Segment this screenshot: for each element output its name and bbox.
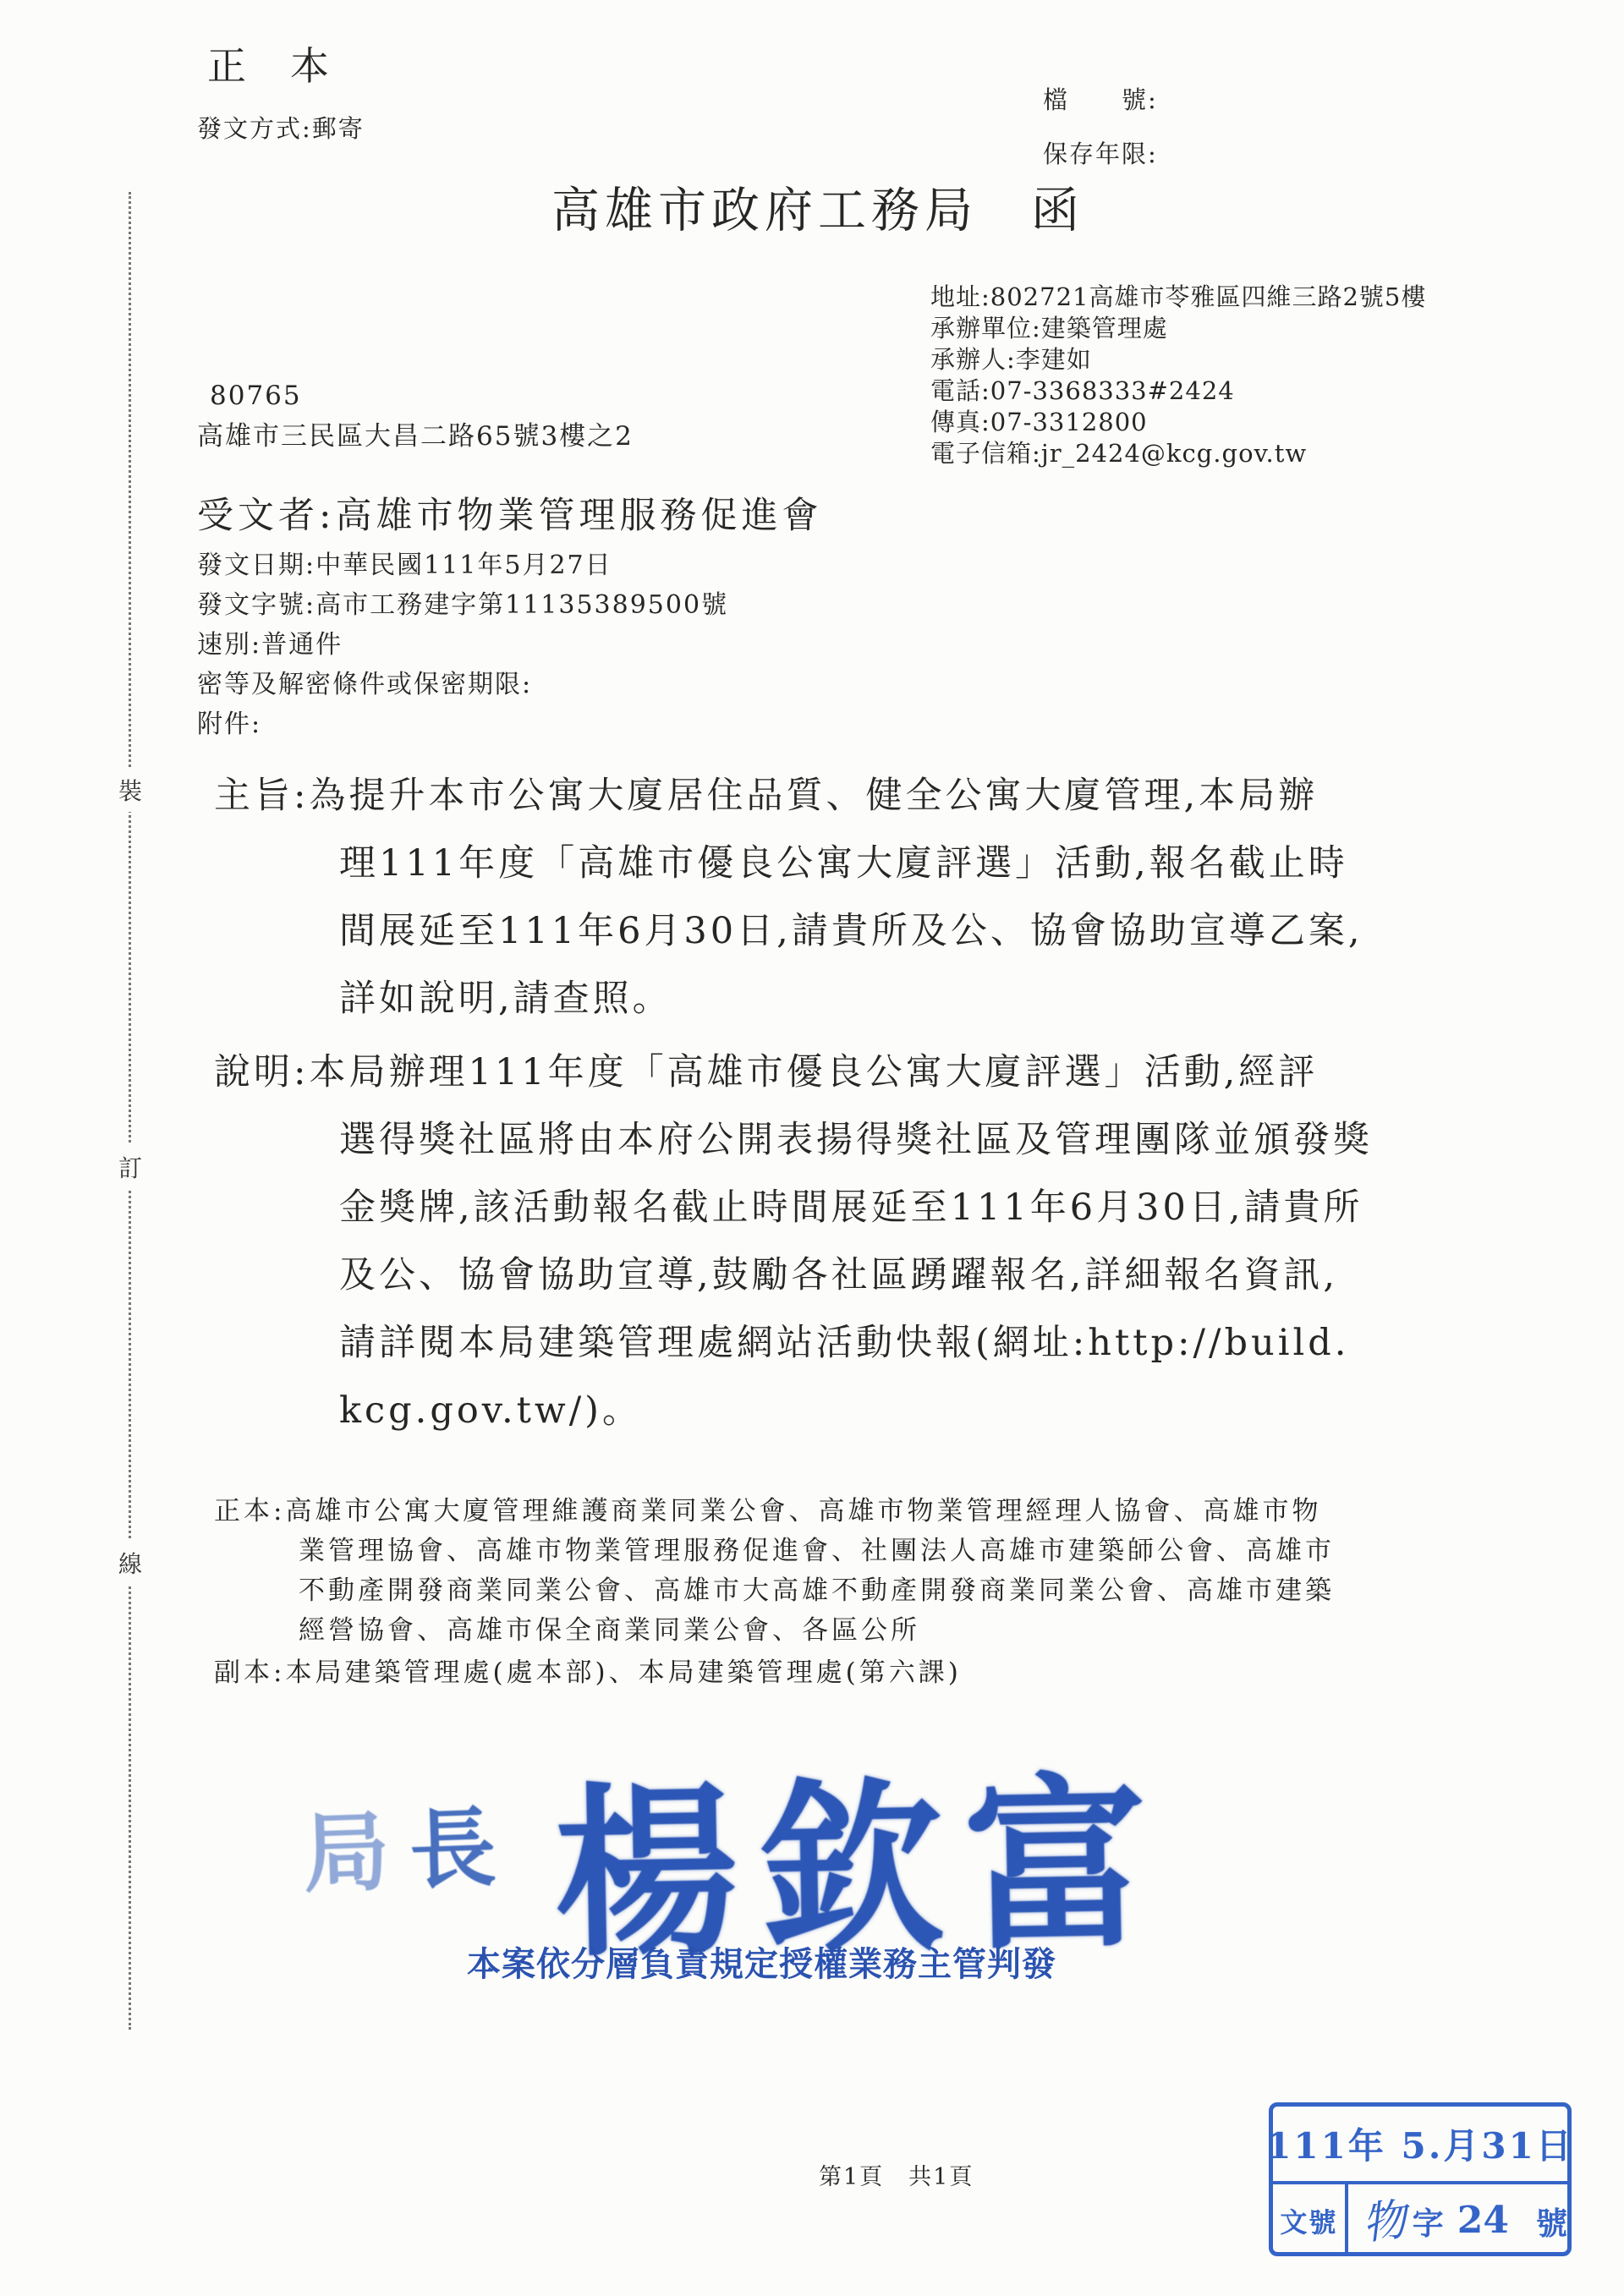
description-line: 及公、協會協助宣導,鼓勵各社區踴躍報名,詳細報名資訊, xyxy=(214,1241,1373,1309)
copy-recipients-line: 業管理協會、高雄市物業管理服務促進會、社團法人高雄市建築師公會、高雄市 xyxy=(214,1532,1335,1571)
binding-mark-ding: 訂 xyxy=(113,1145,147,1189)
description-line: 本局辦理111年度「高雄市優良公寓大廈評選」活動,經評 xyxy=(310,1051,1319,1093)
recipient-address: 高雄市三民區大昌二路65號3樓之2 xyxy=(197,414,634,452)
description-line: kcg.gov.tw/)。 xyxy=(214,1377,1373,1444)
delegation-note-stamp: 本案依分層負責規定授權業務主管判發 xyxy=(467,1937,1056,1986)
received-stamp: 111年 5.月31日 文號 物 字 24 號 xyxy=(1269,2102,1572,2256)
stamp-doc-number-label: 文號 xyxy=(1273,2184,1348,2256)
document-title: 高雄市政府工務局 函 xyxy=(551,172,1084,241)
scanned-official-letter: 裝 訂 線 正 本 發文方式:郵寄 檔 號: 保存年限: 高雄市政府工務局 函 … xyxy=(0,0,1624,2296)
copy-recipients-line: 高雄市公寓大廈管理維護商業同業公會、高雄市物業管理經理人協會、高雄市物 xyxy=(285,1496,1321,1526)
delivery-method: 發文方式:郵寄 xyxy=(197,110,365,145)
cc-line: 副本:本局建築管理處(處本部)、本局建築管理處(第六課) xyxy=(214,1651,962,1689)
page-footer: 第1頁 共1頁 xyxy=(819,2158,974,2191)
sender-email: 電子信箱:jr_2424@kcg.gov.tw xyxy=(930,438,1426,469)
sender-unit: 承辦單位:建築管理處 xyxy=(930,313,1426,344)
recipient-line: 受文者:高雄市物業管理服務促進會 xyxy=(197,487,823,539)
stamp-doc-suffix: 號 xyxy=(1536,2198,1567,2244)
stamp-doc-word: 字 xyxy=(1413,2198,1444,2244)
description-line: 金獎牌,該活動報名截止時間展延至111年6月30日,請貴所 xyxy=(214,1174,1373,1241)
copy-recipients-line: 經營協會、高雄市保全商業同業公會、各區公所 xyxy=(214,1611,1335,1651)
speed-class: 速別:普通件 xyxy=(197,625,728,665)
sender-fax: 傳真:07-3312800 xyxy=(930,407,1426,438)
copy-type-label: 正 本 xyxy=(207,36,332,91)
sender-address: 地址:802721高雄市苓雅區四維三路2號5樓 xyxy=(930,282,1426,313)
subject-label: 主旨: xyxy=(214,775,310,817)
issue-date: 發文日期:中華民國111年5月27日 xyxy=(197,545,728,585)
director-title-char: 長 xyxy=(408,1797,518,1902)
recipient-zip: 80765 xyxy=(210,381,302,411)
director-title-stamp: 局長 xyxy=(301,1779,518,1910)
copies-label: 正本: xyxy=(214,1496,285,1526)
description-label: 說明: xyxy=(214,1051,310,1093)
description-line: 請詳閱本局建築管理處網站活動快報(網址:http://build. xyxy=(214,1309,1373,1377)
meta-block: 發文日期:中華民國111年5月27日 發文字號:高市工務建字第111353895… xyxy=(197,545,728,744)
stamp-doc-value: 24 xyxy=(1457,2199,1509,2242)
stamp-handwritten-char: 物 xyxy=(1358,2184,1409,2252)
binding-mark-zhuang: 裝 xyxy=(113,768,147,812)
director-title-char: 局 xyxy=(301,1800,411,1905)
attachment-label: 附件: xyxy=(197,704,728,744)
subject-line: 為提升本市公寓大廈居住品質、健全公寓大廈管理,本局辦 xyxy=(310,775,1319,817)
sender-phone: 電話:07-3368333#2424 xyxy=(930,375,1426,407)
binding-dotted-line xyxy=(129,192,131,2030)
cc-label: 副本: xyxy=(214,1658,285,1688)
file-number-label: 檔 號: xyxy=(1043,81,1158,116)
sender-contact-person: 承辦人:李建如 xyxy=(930,344,1426,375)
subject-line: 間展延至111年6月30日,請貴所及公、協會協助宣導乙案, xyxy=(214,897,1363,965)
subject-line: 理111年度「高雄市優良公寓大廈評選」活動,報名截止時 xyxy=(214,830,1363,897)
sender-contact-block: 地址:802721高雄市苓雅區四維三路2號5樓 承辦單位:建築管理處 承辦人:李… xyxy=(930,282,1426,469)
retention-period-label: 保存年限: xyxy=(1043,135,1158,170)
stamp-doc-number: 物 字 24 號 xyxy=(1348,2184,1567,2256)
description-line: 選得獎社區將由本府公開表揚得獎社區及管理團隊並頒發獎 xyxy=(214,1106,1373,1174)
copy-recipients-line: 不動產開發商業同業公會、高雄市大高雄不動產開發商業同業公會、高雄市建築 xyxy=(214,1571,1335,1611)
issue-number: 發文字號:高市工務建字第11135389500號 xyxy=(197,585,728,625)
security-class: 密等及解密條件或保密期限: xyxy=(197,665,728,704)
stamp-date: 111年 5.月31日 xyxy=(1273,2107,1567,2184)
binding-mark-xian: 線 xyxy=(113,1541,147,1585)
subject-line: 詳如說明,請查照。 xyxy=(214,965,1363,1033)
copy-recipients-paragraph: 正本:高雄市公寓大廈管理維護商業同業公會、高雄市物業管理經理人協會、高雄市物 業… xyxy=(214,1492,1335,1651)
subject-paragraph: 主旨:為提升本市公寓大廈居住品質、健全公寓大廈管理,本局辦 理111年度「高雄市… xyxy=(214,762,1363,1033)
cc-recipients: 本局建築管理處(處本部)、本局建築管理處(第六課) xyxy=(285,1658,961,1688)
description-paragraph: 說明:本局辦理111年度「高雄市優良公寓大廈評選」活動,經評 選得獎社區將由本府… xyxy=(214,1038,1373,1444)
